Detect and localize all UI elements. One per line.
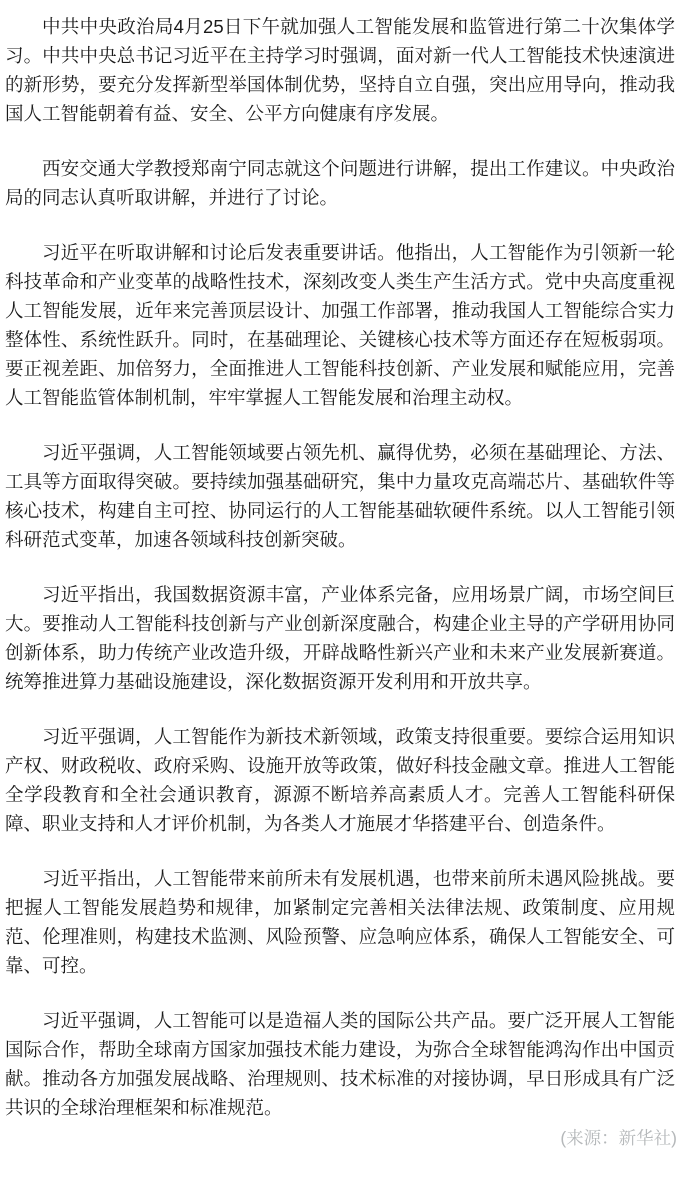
- paragraph-basic-research: 习近平强调，人工智能领域要占领先机、赢得优势，必须在基础理论、方法、工具等方面取…: [5, 438, 675, 554]
- paragraph-speech-overview: 习近平在听取讲解和讨论后发表重要讲话。他指出，人工智能作为引领新一轮科技革命和产…: [5, 238, 675, 412]
- paragraph-policy-talent: 习近平强调，人工智能作为新技术新领域，政策支持很重要。要综合运用知识产权、财政税…: [5, 722, 675, 838]
- paragraph-industry: 习近平指出，我国数据资源丰富，产业体系完备，应用场景广阔，市场空间巨大。要推动人…: [5, 580, 675, 696]
- source-attribution: (来源：新华社): [560, 1124, 677, 1153]
- paragraph-lecture: 西安交通大学教授郑南宁同志就这个问题进行讲解，提出工作建议。中央政治局的同志认真…: [5, 154, 675, 212]
- paragraph-intro: 中共中央政治局4月25日下午就加强人工智能发展和监管进行第二十次集体学习。中共中…: [5, 12, 675, 128]
- article-body: 中共中央政治局4月25日下午就加强人工智能发展和监管进行第二十次集体学习。中共中…: [0, 0, 680, 1122]
- paragraph-risk-governance: 习近平指出，人工智能带来前所未有发展机遇，也带来前所未遇风险挑战。要把握人工智能…: [5, 864, 675, 980]
- paragraph-international: 习近平强调，人工智能可以是造福人类的国际公共产品。要广泛开展人工智能国际合作，帮…: [5, 1006, 675, 1122]
